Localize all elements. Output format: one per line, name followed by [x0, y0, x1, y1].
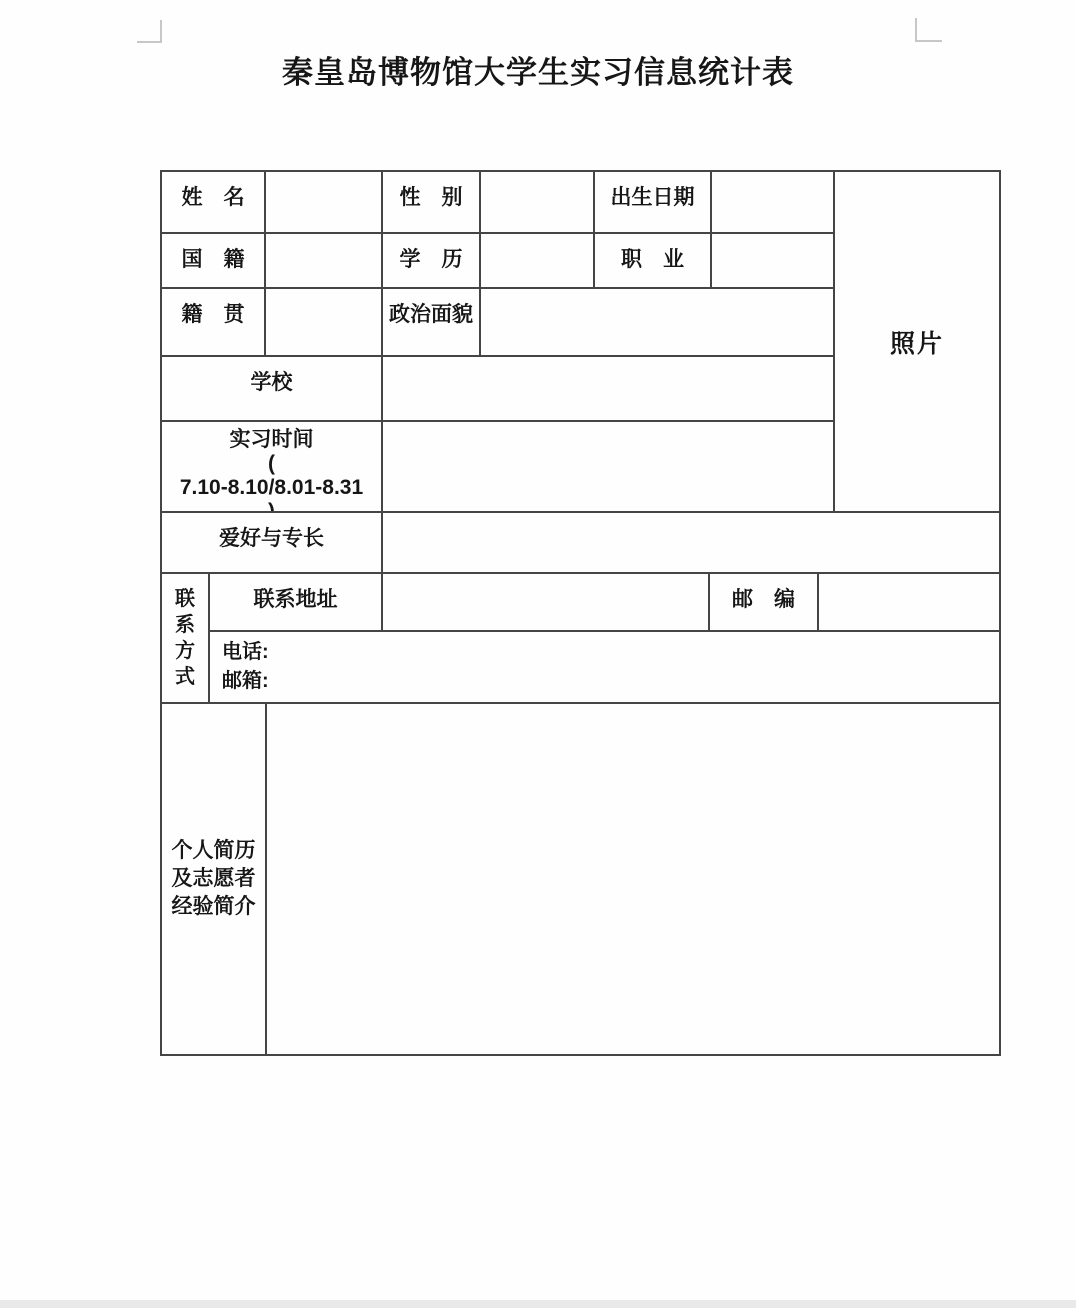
education-field[interactable]	[481, 234, 595, 289]
native-place-label: 籍 贯	[162, 289, 266, 357]
phone-label: 电话:	[222, 638, 999, 667]
resume-label-line3: 经验简介	[172, 893, 256, 921]
internship-time-paren-open: (	[268, 452, 275, 476]
resume-label-line2: 及志愿者	[172, 865, 256, 893]
hobbies-label: 爱好与专长	[162, 513, 383, 574]
birth-date-field[interactable]	[712, 172, 835, 234]
photo-cell[interactable]: 照片	[835, 172, 999, 513]
native-place-field[interactable]	[266, 289, 383, 357]
contact-group-char-4: 式	[175, 664, 195, 690]
internship-time-field[interactable]	[383, 422, 835, 513]
education-label: 学 历	[383, 234, 481, 289]
photo-label: 照片	[890, 324, 944, 360]
school-label: 学校	[162, 357, 383, 422]
contact-group-char-2: 系	[175, 612, 195, 638]
political-status-label: 政治面貌	[383, 289, 481, 357]
name-field[interactable]	[266, 172, 383, 234]
gender-field[interactable]	[481, 172, 595, 234]
postal-code-label: 邮 编	[710, 574, 819, 632]
document-page: 秦皇岛博物馆大学生实习信息统计表 姓 名 性 别 出生日期 国 籍 学 历 职 …	[0, 0, 1076, 1308]
school-field[interactable]	[383, 357, 835, 422]
name-label: 姓 名	[162, 172, 266, 234]
page-title: 秦皇岛博物馆大学生实习信息统计表	[0, 47, 1076, 92]
margin-corner-mark-top-left	[137, 20, 162, 43]
address-field[interactable]	[383, 574, 710, 632]
form-table: 姓 名 性 别 出生日期 国 籍 学 历 职 业 籍 贯 政治面貌 学校 实习时…	[160, 170, 1001, 1056]
contact-group-label: 联 系 方 式	[162, 574, 210, 704]
resume-label: 个人简历 及志愿者 经验简介	[162, 704, 267, 1054]
nationality-label: 国 籍	[162, 234, 266, 289]
contact-group-char-1: 联	[175, 586, 195, 612]
occupation-label: 职 业	[595, 234, 712, 289]
occupation-field[interactable]	[712, 234, 835, 289]
internship-time-label: 实习时间 ( 7.10-8.10/8.01-8.31 )	[162, 422, 383, 513]
internship-time-paren-close: )	[268, 500, 275, 513]
address-label: 联系地址	[210, 574, 383, 632]
postal-code-field[interactable]	[819, 574, 999, 632]
resume-label-line1: 个人简历	[172, 837, 256, 865]
gender-label: 性 别	[383, 172, 481, 234]
internship-time-range: 7.10-8.10/8.01-8.31	[180, 476, 363, 500]
margin-corner-mark-top-right	[915, 18, 942, 42]
resume-field[interactable]	[267, 704, 999, 1054]
phone-email-field[interactable]: 电话: 邮箱:	[210, 632, 999, 704]
political-status-field[interactable]	[481, 289, 835, 357]
page-bottom-edge	[0, 1300, 1076, 1308]
hobbies-field[interactable]	[383, 513, 999, 574]
email-label: 邮箱:	[222, 667, 999, 696]
internship-time-label-line1: 实习时间	[230, 428, 314, 452]
contact-group-char-3: 方	[175, 638, 195, 664]
birth-date-label: 出生日期	[595, 172, 712, 234]
nationality-field[interactable]	[266, 234, 383, 289]
